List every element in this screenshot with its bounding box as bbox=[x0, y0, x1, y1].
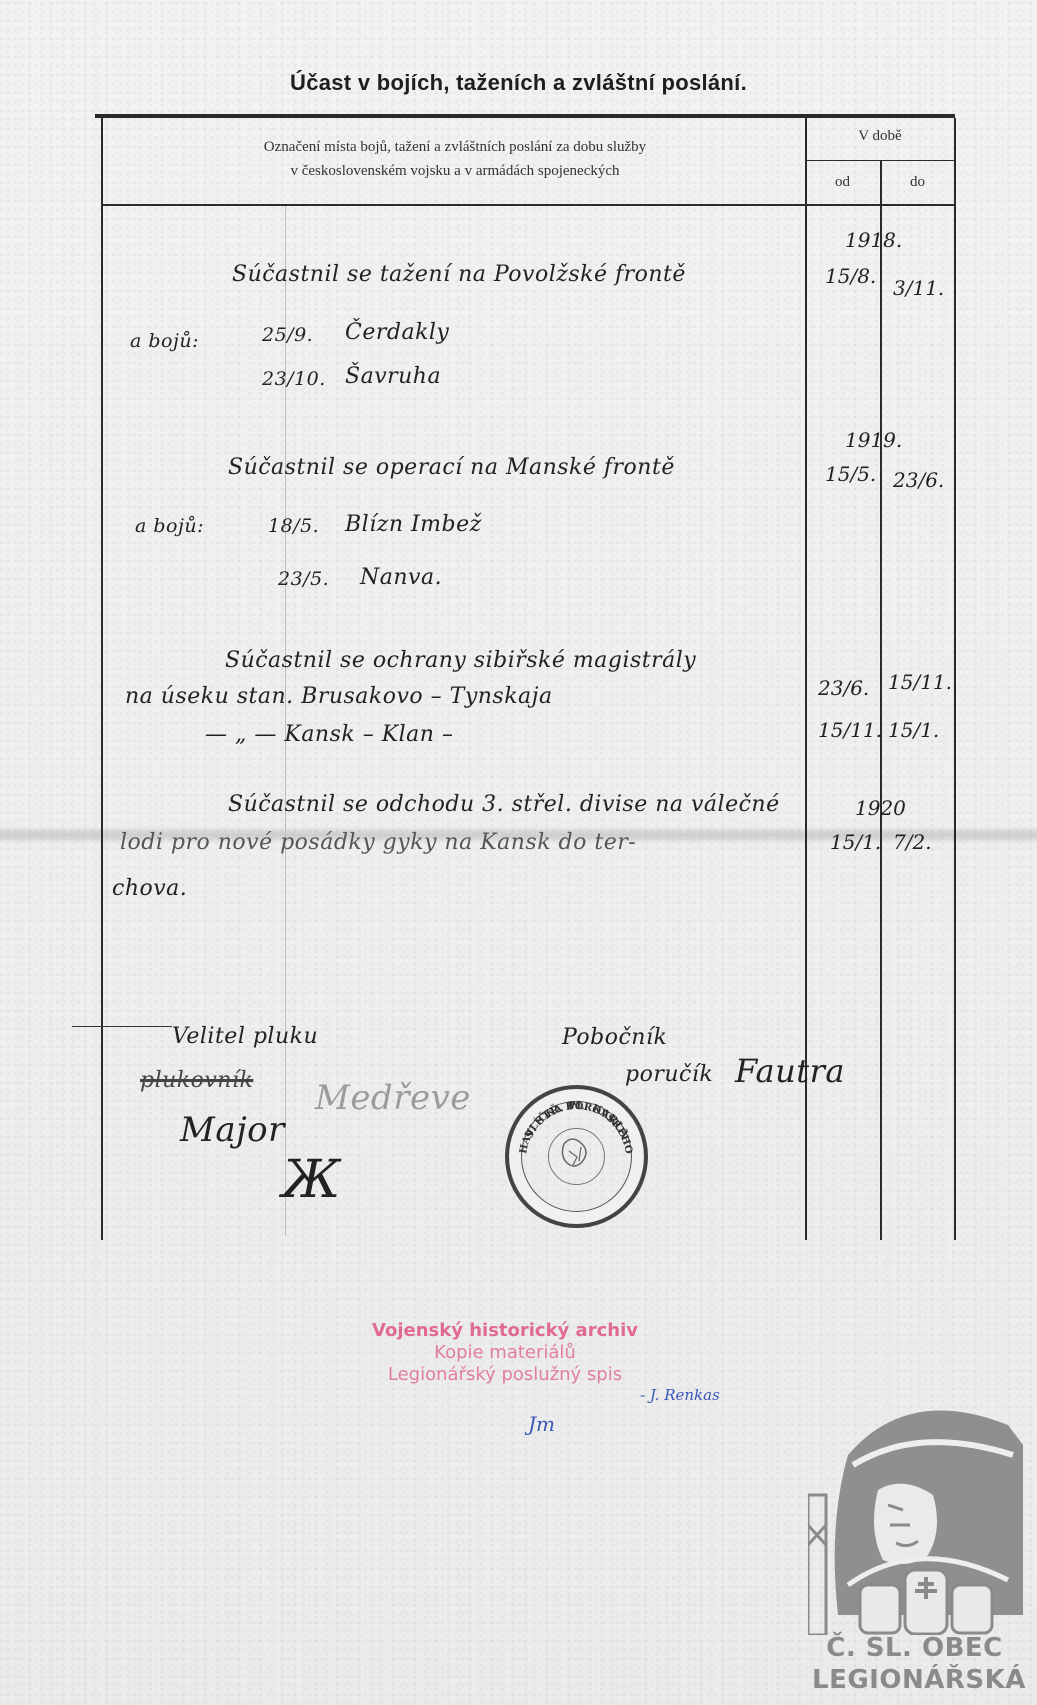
archive-stamp: Vojenský historický archiv Kopie materiá… bbox=[340, 1320, 670, 1386]
right-signature-title: Pobočník bbox=[562, 1025, 667, 1050]
signature-stroke-line bbox=[72, 1026, 172, 1027]
entry-4-to: 7/2. bbox=[893, 830, 932, 854]
entry-2-battle-1-place: Blízn Imbež bbox=[345, 512, 482, 537]
entry-1-main: Súčastnil se tažení na Povolžské frontě bbox=[232, 262, 686, 287]
archive-stamp-line-2: Kopie materiálů bbox=[340, 1342, 670, 1364]
entry-2-year: 1919. bbox=[845, 428, 902, 452]
logo-line-2: LEGIONÁŘSKÁ bbox=[812, 1665, 1017, 1695]
entry-2-sub-label: a bojů: bbox=[135, 515, 204, 537]
legionnaire-helmet-icon bbox=[808, 1385, 1023, 1635]
entry-1-battle-2-date: 23/10. bbox=[262, 368, 326, 390]
entry-3-row-1-to: 15/11. bbox=[888, 670, 952, 694]
table-header-period: V době bbox=[805, 128, 955, 145]
entry-3-line-2: na úseku stan. Brusakovo – Tynskaja bbox=[125, 684, 553, 709]
archive-stamp-line-3: Legionářský posluž­ný spis bbox=[340, 1364, 670, 1386]
header-bottom-rule bbox=[101, 204, 955, 206]
table-header-description: Označení místa bojů, tažení a zvláštních… bbox=[110, 135, 800, 183]
legion-community-logo: Č. SL. OBEC LEGIONÁŘSKÁ bbox=[808, 1385, 1023, 1705]
left-signature-struck-title: plukovník bbox=[140, 1068, 253, 1093]
entry-3-row-1-from: 23/6. bbox=[818, 676, 869, 700]
table-right-border bbox=[954, 118, 956, 1240]
entry-2-battle-1-date: 18/5. bbox=[268, 515, 319, 537]
left-signature-rank: Major bbox=[180, 1110, 285, 1150]
right-signature: Fautra bbox=[735, 1052, 845, 1090]
entry-3-main: Súčastnil se ochrany sibiřské magistrály bbox=[225, 648, 696, 673]
column-divider-od-do bbox=[880, 160, 882, 1240]
table-header-from: od bbox=[805, 174, 880, 191]
entry-3-row-2-from: 15/11. bbox=[818, 718, 882, 742]
entry-2-main: Súčastnil se operací na Manské frontě bbox=[228, 455, 675, 480]
archive-pen-note: - J. Renkas bbox=[640, 1386, 720, 1404]
entry-3-line-3: — „ — Kansk – Klan – bbox=[205, 722, 453, 747]
entry-2-from: 15/5. bbox=[825, 462, 876, 486]
table-left-border bbox=[101, 118, 103, 1240]
header-line-2: v československém vojsku a v armádách sp… bbox=[110, 159, 800, 183]
entry-1-year: 1918. bbox=[845, 228, 902, 252]
entry-2-battle-2-date: 23/5. bbox=[278, 568, 329, 590]
entry-4-line-3: chova. bbox=[112, 876, 187, 901]
entry-1-battle-1-place: Čerdakly bbox=[345, 320, 449, 345]
page-title: Účast v bojích, taženích a zvláštní posl… bbox=[0, 70, 1037, 96]
entry-4-main: Súčastnil se odchodu 3. střel. divise na… bbox=[228, 792, 780, 817]
title-rule bbox=[95, 114, 955, 118]
entry-3-row-2-to: 15/1. bbox=[888, 718, 939, 742]
header-line-1: Označení místa bojů, tažení a zvláštních… bbox=[110, 135, 800, 159]
entry-1-sub-label: a bojů: bbox=[130, 330, 199, 352]
archive-stamp-line-1: Vojenský historický archiv bbox=[340, 1320, 670, 1342]
entry-4-line-2: lodi pro nové posádky gyky na Kansk do t… bbox=[120, 830, 636, 855]
entry-1-battle-2-place: Šavruha bbox=[345, 364, 441, 389]
table-header-to: do bbox=[880, 174, 955, 191]
archive-initials: Jm bbox=[528, 1412, 555, 1436]
regimental-round-stamp: 9. STŘ. PL. KARLA HAVLÍČKA BOROVSKÉHO bbox=[505, 1085, 648, 1228]
entry-2-to: 23/6. bbox=[893, 468, 944, 492]
entry-2-battle-2-place: Nanva. bbox=[360, 565, 442, 590]
header-subdivider bbox=[805, 160, 955, 161]
entry-4-from: 15/1. bbox=[830, 830, 881, 854]
left-signature: Medřeve bbox=[315, 1078, 471, 1118]
right-signature-rank: poručík bbox=[625, 1062, 713, 1087]
faint-margin-line bbox=[285, 206, 286, 1236]
svg-text:HAVLÍČKA BOROVSKÉHO: HAVLÍČKA BOROVSKÉHO bbox=[518, 1101, 634, 1155]
initial-mark: Ж bbox=[282, 1150, 341, 1210]
logo-line-1: Č. SL. OBEC bbox=[812, 1633, 1017, 1663]
left-signature-title: Velitel pluku bbox=[172, 1024, 318, 1049]
entry-1-to: 3/11. bbox=[893, 276, 944, 300]
entry-1-from: 15/8. bbox=[825, 264, 876, 288]
entry-1-battle-1-date: 25/9. bbox=[262, 324, 313, 346]
entry-4-year: 1920 bbox=[855, 796, 906, 820]
stamp-emblem-icon: 9. STŘ. PL. KARLA HAVLÍČKA BOROVSKÉHO bbox=[509, 1089, 644, 1224]
